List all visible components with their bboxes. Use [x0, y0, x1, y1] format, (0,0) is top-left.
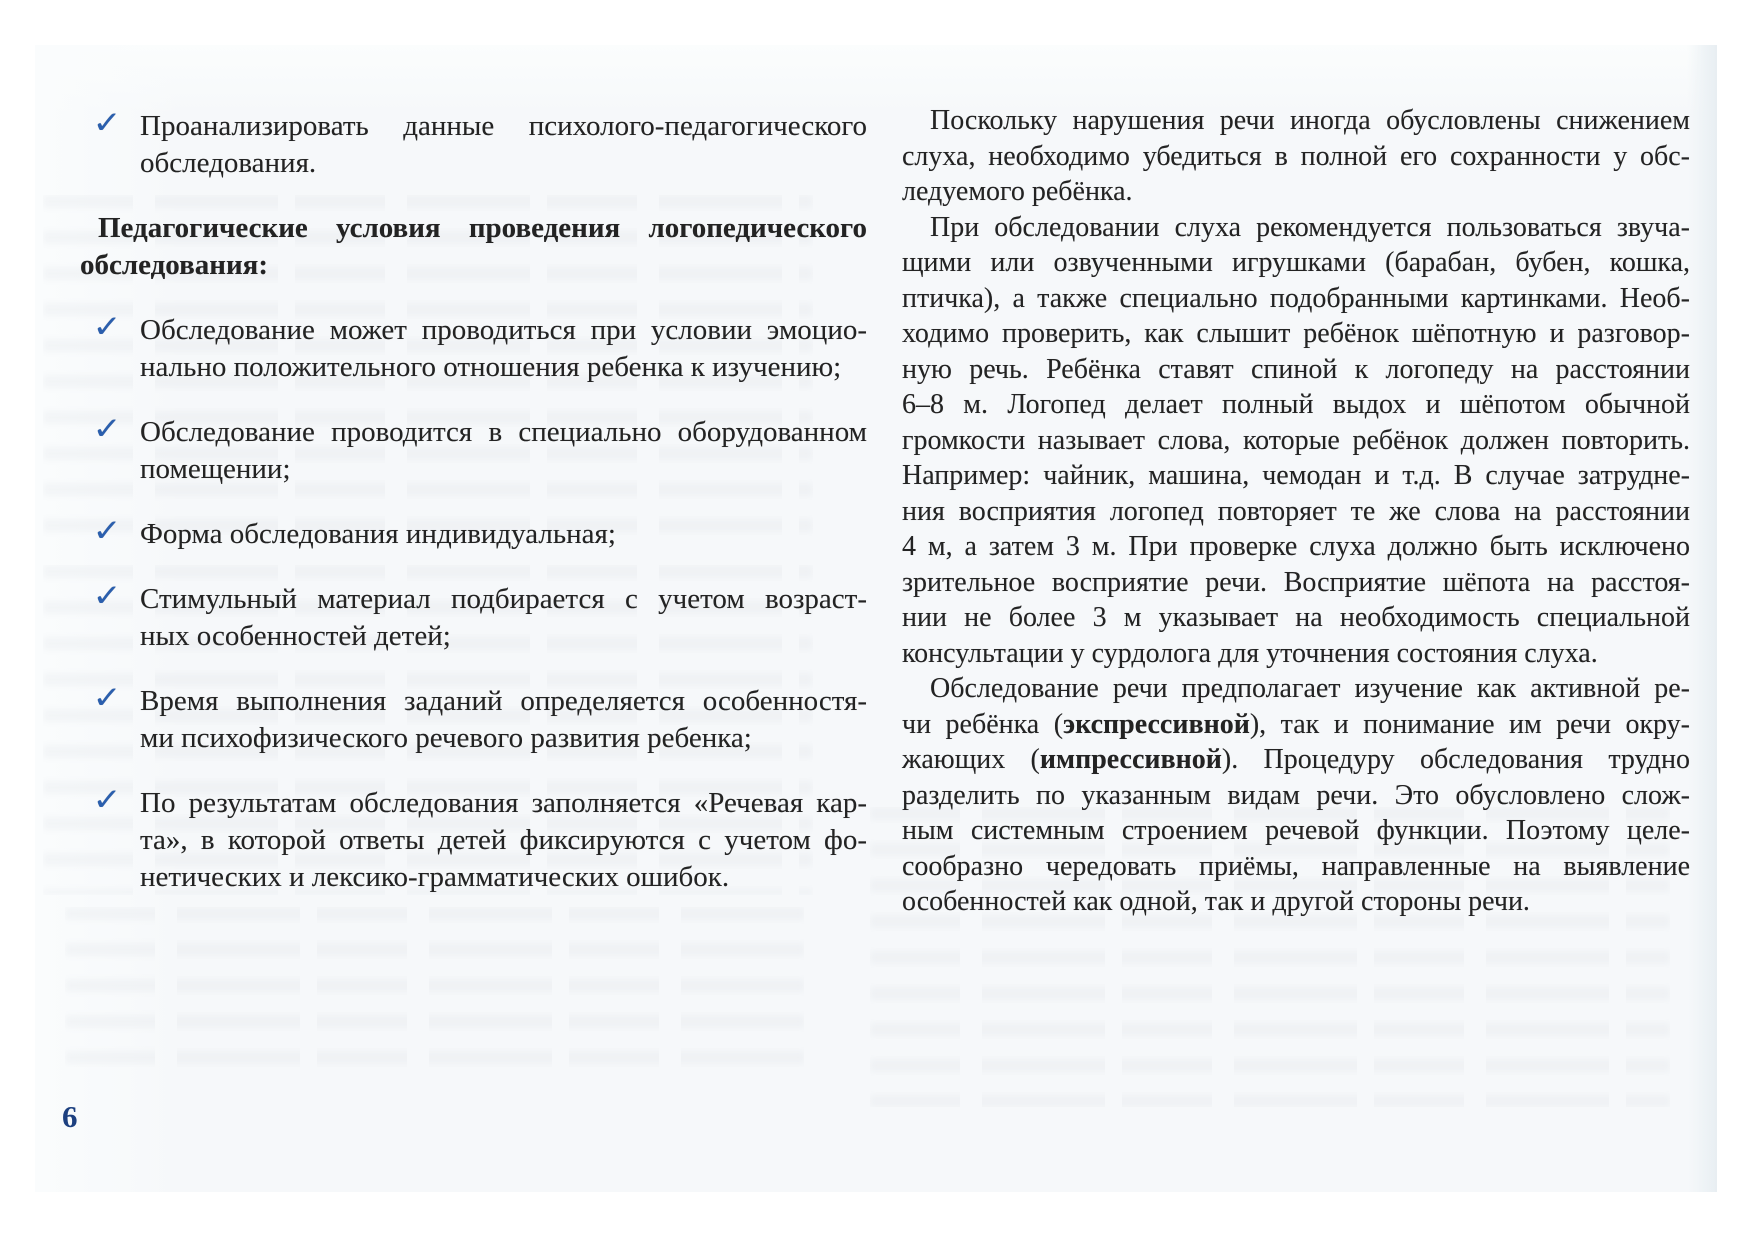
- text-segment: ), так и понимание им речи окру-: [1250, 709, 1690, 740]
- checklist-item-text: Проанализировать данные психолого-педаго…: [140, 108, 867, 182]
- text-line: слуха, необходимо убедиться в полной его…: [902, 139, 1690, 175]
- bold-term: экспрессивной: [1063, 709, 1250, 740]
- checklist-item: ✓По результатам обследования заполняется…: [80, 785, 867, 896]
- text-segment: чи ребёнка (: [902, 709, 1063, 740]
- bleedthrough-artifact: [65, 907, 805, 1067]
- scanned-book-page: ✓Проанализировать данные психолого-педаг…: [0, 0, 1754, 1242]
- text-line: Время выполнения заданий определяется ос…: [140, 683, 867, 720]
- text-line: обследования:: [80, 247, 867, 284]
- text-line: обследования.: [140, 145, 867, 182]
- text-line: ми психофизического речевого развития ре…: [140, 720, 867, 757]
- text-line: ходимо проверить, как слышит ребёнок шёп…: [902, 316, 1690, 352]
- text-line: Обследование проводится в специально обо…: [140, 414, 867, 451]
- text-line: 6–8 м. Логопед делает полный выдох и шёп…: [902, 387, 1690, 423]
- bold-term: импрессивной: [1040, 744, 1222, 775]
- text-line: нии не более 3 м указывает на необходимо…: [902, 600, 1690, 636]
- text-line: Обследование может проводиться при услов…: [140, 312, 867, 349]
- text-line: ным системным строением речевой функции.…: [902, 813, 1690, 849]
- text-line: жающих (импрессивной). Процедуру обследо…: [902, 742, 1690, 778]
- paragraph: Поскольку нарушения речи иногда обусловл…: [902, 103, 1690, 210]
- text-line: При обследовании слуха рекомендуется пол…: [902, 210, 1690, 246]
- text-line: громкости называет слова, которые ребёно…: [902, 423, 1690, 459]
- checkmark-icon: ✓: [92, 782, 121, 819]
- text-line: 4 м, а затем 3 м. При проверке слуха дол…: [902, 529, 1690, 565]
- text-line: нетических и лексико-грамматических ошиб…: [140, 859, 867, 896]
- text-line: зрительное восприятие речи. Восприятие ш…: [902, 565, 1690, 601]
- checkmark-icon: ✓: [92, 105, 121, 142]
- checklist-item-text: Время выполнения заданий определяется ос…: [140, 683, 867, 757]
- checkmark-icon: ✓: [92, 513, 121, 550]
- text-line: Поскольку нарушения речи иногда обусловл…: [902, 103, 1690, 139]
- page-number: 6: [62, 1099, 78, 1135]
- checkmark-icon: ✓: [92, 680, 121, 717]
- text-line: помещении;: [140, 451, 867, 488]
- checklist-item-text: Форма обследования индивидуальная;: [140, 516, 867, 553]
- checklist-item: ✓Форма обследования индивидуальная;: [80, 516, 867, 553]
- text-line: консультации у сурдолога для уточнения с…: [902, 636, 1690, 672]
- paragraph: При обследовании слуха рекомендуется пол…: [902, 210, 1690, 672]
- text-line: птичка), а также специально подобранными…: [902, 281, 1690, 317]
- text-line: особенностей как одной, так и другой сто…: [902, 884, 1690, 920]
- paragraph: Обследование речи предполагает изучение …: [902, 671, 1690, 920]
- text-segment: ). Процедуру обследования трудно: [1222, 744, 1690, 775]
- checklist-item-text: По результатам обследования заполняется …: [140, 785, 867, 896]
- checklist-item: ✓Проанализировать данные психолого-педаг…: [80, 108, 867, 182]
- text-line: ных особенностей детей;: [140, 618, 867, 655]
- text-line: ния восприятия логопед повторяет те же с…: [902, 494, 1690, 530]
- text-line: Форма обследования индивидуальная;: [140, 516, 867, 553]
- text-line: Обследование речи предполагает изучение …: [902, 671, 1690, 707]
- checklist-item-text: Обследование проводится в специально обо…: [140, 414, 867, 488]
- checklist-item: ✓Обследование может проводиться при усло…: [80, 312, 867, 386]
- checklist-item-text: Стимульный материал подбирается с учетом…: [140, 581, 867, 655]
- checklist-item: ✓Стимульный материал подбирается с учето…: [80, 581, 867, 655]
- text-line: Стимульный материал подбирается с учетом…: [140, 581, 867, 618]
- text-line: Проанализировать данные психолого-педаго…: [140, 108, 867, 145]
- checklist-item: ✓Обследование проводится в специально об…: [80, 414, 867, 488]
- page: ✓Проанализировать данные психолого-педаг…: [35, 45, 1717, 1192]
- text-line: нально положительного отношения ребенка …: [140, 349, 867, 386]
- text-segment: жающих (: [902, 744, 1040, 775]
- checkmark-icon: ✓: [92, 309, 121, 346]
- text-line: Например: чайник, машина, чемодан и т.д.…: [902, 458, 1690, 494]
- checklist-item: ✓Время выполнения заданий определяется о…: [80, 683, 867, 757]
- left-column: ✓Проанализировать данные психолого-педаг…: [80, 108, 867, 896]
- text-line: разделить по указанным видам речи. Это о…: [902, 778, 1690, 814]
- text-line: щими или озвученными игрушками (барабан,…: [902, 245, 1690, 281]
- right-column: Поскольку нарушения речи иногда обусловл…: [902, 103, 1690, 920]
- text-line: сообразно чередовать приёмы, направленны…: [902, 849, 1690, 885]
- text-line: чи ребёнка (экспрессивной), так и понима…: [902, 707, 1690, 743]
- text-line: Педагогические условия проведения логопе…: [80, 210, 867, 247]
- text-line: та», в которой ответы детей фиксируются …: [140, 822, 867, 859]
- text-line: По результатам обследования заполняется …: [140, 785, 867, 822]
- section-heading: Педагогические условия проведения логопе…: [80, 210, 867, 284]
- checkmark-icon: ✓: [92, 578, 121, 615]
- checkmark-icon: ✓: [92, 411, 121, 448]
- text-line: ледуемого ребёнка.: [902, 174, 1690, 210]
- checklist-item-text: Обследование может проводиться при услов…: [140, 312, 867, 386]
- text-line: ную речь. Ребёнка ставят спиной к логопе…: [902, 352, 1690, 388]
